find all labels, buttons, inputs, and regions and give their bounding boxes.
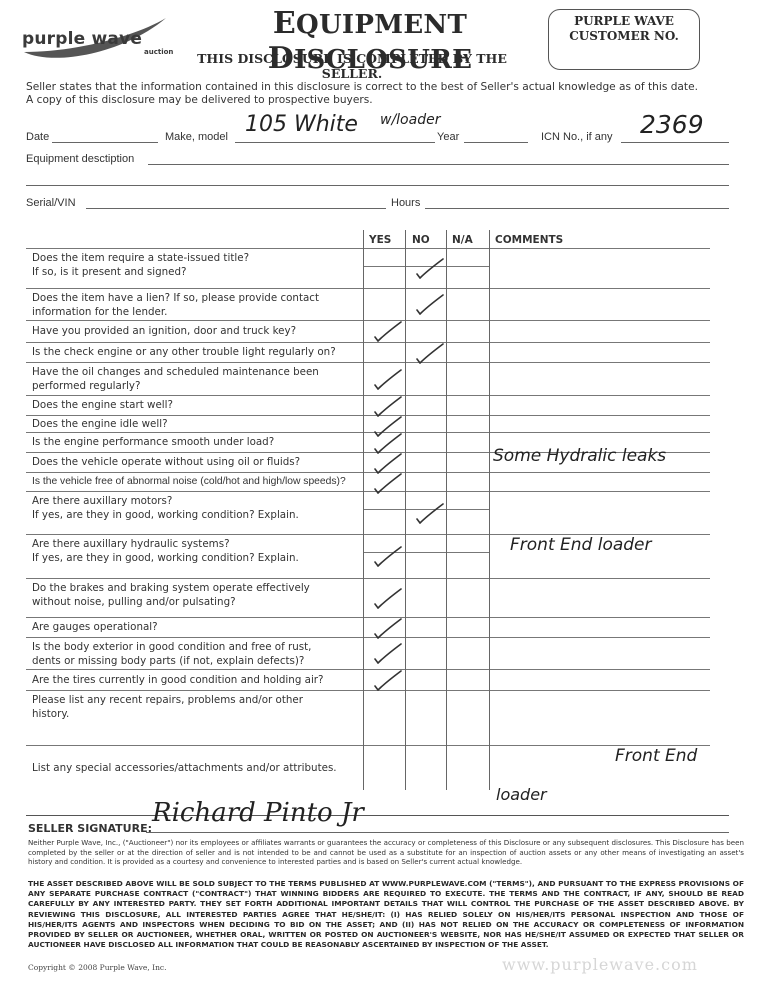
answer-cell-yes[interactable] bbox=[364, 289, 404, 319]
question-line-2: performed regularly? bbox=[32, 379, 319, 393]
answer-cell-no[interactable] bbox=[406, 535, 445, 577]
answer-cell-no[interactable] bbox=[406, 416, 445, 431]
checkmark-icon bbox=[371, 617, 403, 639]
question-line-1: Does the item have a lien? If so, please… bbox=[32, 291, 319, 305]
question-text: Is the engine performance smooth under l… bbox=[32, 435, 274, 449]
comment-accessories-line-2: loader bbox=[496, 785, 547, 804]
customer-number-box[interactable]: PURPLE WAVE CUSTOMER NO. bbox=[548, 9, 700, 70]
answer-cell-na[interactable] bbox=[447, 746, 488, 789]
comment-hydraulic-leaks: Some Hydralic leaks bbox=[493, 446, 666, 466]
question-line-1: Does the vehicle operate without using o… bbox=[32, 455, 300, 469]
logo-subtext: auction bbox=[144, 48, 173, 56]
answer-cell-no[interactable] bbox=[406, 321, 445, 341]
question-text: Are there auxillary hydraulic systems?If… bbox=[32, 537, 299, 565]
question-text: Have the oil changes and scheduled maint… bbox=[32, 365, 319, 393]
hours-field[interactable] bbox=[425, 208, 729, 209]
question-text: List any special accessories/attachments… bbox=[32, 761, 337, 775]
checkmark-no bbox=[413, 342, 445, 364]
checkmark-icon bbox=[371, 320, 403, 342]
answer-cell-no[interactable] bbox=[406, 670, 445, 689]
answer-cell-na[interactable] bbox=[447, 670, 488, 689]
answer-cell-na[interactable] bbox=[447, 579, 488, 616]
comment-field[interactable] bbox=[490, 579, 709, 616]
checkmark-yes bbox=[371, 587, 403, 609]
checkmark-yes bbox=[371, 642, 403, 664]
comment-field[interactable] bbox=[490, 691, 709, 744]
comment-accessories-line-1: Front End bbox=[615, 746, 697, 766]
checkmark-yes bbox=[371, 320, 403, 342]
checkmark-no bbox=[413, 502, 445, 524]
comment-field[interactable] bbox=[490, 289, 709, 319]
question-line-1: Are the tires currently in good conditio… bbox=[32, 673, 324, 687]
answer-cell-na[interactable] bbox=[447, 433, 488, 451]
checkmark-icon bbox=[371, 432, 403, 454]
answer-cell-no[interactable] bbox=[406, 433, 445, 451]
question-line-1: Have the oil changes and scheduled maint… bbox=[32, 365, 319, 379]
intro-statement: Seller states that the information conta… bbox=[26, 81, 746, 107]
customer-box-label-2: CUSTOMER NO. bbox=[549, 29, 699, 44]
year-field[interactable] bbox=[464, 142, 528, 143]
answer-cell-na[interactable] bbox=[447, 343, 488, 361]
answer-cell-na[interactable] bbox=[447, 618, 488, 636]
answer-cell-no[interactable] bbox=[406, 579, 445, 616]
answer-cell-no[interactable] bbox=[406, 396, 445, 414]
question-text: Are there auxillary motors?If yes, are t… bbox=[32, 494, 299, 522]
column-header-no: NO bbox=[412, 234, 430, 246]
checkmark-icon bbox=[371, 545, 403, 567]
purple-wave-logo: purple wave auction bbox=[16, 12, 196, 62]
column-header-comments: COMMENTS bbox=[495, 234, 563, 246]
answer-cell-no[interactable] bbox=[406, 618, 445, 636]
question-line-2: without noise, pulling and/or pulsating? bbox=[32, 595, 310, 609]
question-line-1: Do the brakes and braking system operate… bbox=[32, 581, 310, 595]
checkmark-yes bbox=[371, 395, 403, 417]
checkmark-icon bbox=[371, 452, 403, 474]
comment-field[interactable] bbox=[490, 343, 709, 361]
question-line-1: Are gauges operational? bbox=[32, 620, 158, 634]
equipment-description-field-line-2[interactable] bbox=[26, 185, 729, 186]
question-line-1: Is the check engine or any other trouble… bbox=[32, 345, 336, 359]
comment-field[interactable] bbox=[490, 638, 709, 668]
checkmark-icon bbox=[413, 257, 445, 279]
question-line-1: Have you provided an ignition, door and … bbox=[32, 324, 296, 338]
answer-cell-yes[interactable] bbox=[364, 691, 404, 744]
comment-field[interactable] bbox=[490, 492, 709, 533]
question-line-2: If yes, are they in good, working condit… bbox=[32, 551, 299, 565]
checkmark-icon bbox=[371, 472, 403, 494]
question-line-2: history. bbox=[32, 707, 303, 721]
checkmark-icon bbox=[413, 502, 445, 524]
answer-cell-na[interactable] bbox=[447, 691, 488, 744]
question-text: Does the engine idle well? bbox=[32, 417, 168, 431]
comment-field[interactable] bbox=[490, 321, 709, 341]
year-label: Year bbox=[437, 131, 459, 143]
answer-cell-na[interactable] bbox=[447, 535, 488, 577]
comment-field[interactable] bbox=[490, 473, 709, 490]
terms-text: THE ASSET DESCRIBED ABOVE WILL BE SOLD S… bbox=[28, 879, 744, 950]
seller-signature-label: SELLER SIGNATURE: bbox=[28, 822, 152, 835]
question-text: Do the brakes and braking system operate… bbox=[32, 581, 310, 609]
checkmark-icon bbox=[371, 587, 403, 609]
comment-field[interactable] bbox=[490, 618, 709, 636]
make-model-value: 105 White bbox=[245, 112, 358, 137]
answer-cell-yes[interactable] bbox=[364, 746, 404, 789]
answer-cell-no[interactable] bbox=[406, 746, 445, 789]
question-text: Have you provided an ignition, door and … bbox=[32, 324, 296, 338]
answer-cell-no[interactable] bbox=[406, 363, 445, 394]
serial-vin-field[interactable] bbox=[86, 208, 386, 209]
answer-cell-na[interactable] bbox=[447, 289, 488, 319]
equipment-description-field[interactable] bbox=[148, 164, 729, 165]
question-line-1: List any special accessories/attachments… bbox=[32, 761, 337, 775]
checkmark-no bbox=[413, 257, 445, 279]
checkmark-yes bbox=[371, 545, 403, 567]
answer-cell-no[interactable] bbox=[406, 453, 445, 471]
answer-cell-yes[interactable] bbox=[364, 492, 404, 533]
checkmark-icon bbox=[371, 368, 403, 390]
checkmark-yes bbox=[371, 472, 403, 494]
question-line-1: Please list any recent repairs, problems… bbox=[32, 693, 303, 707]
answer-cell-na[interactable] bbox=[447, 396, 488, 414]
question-text: Are gauges operational? bbox=[32, 620, 158, 634]
question-line-2: If so, is it present and signed? bbox=[32, 265, 249, 279]
question-line-2: If yes, are they in good, working condit… bbox=[32, 508, 299, 522]
checkmark-icon bbox=[371, 642, 403, 664]
comment-field[interactable] bbox=[490, 363, 709, 394]
seller-signature-field[interactable] bbox=[146, 832, 729, 833]
comment-field[interactable] bbox=[490, 396, 709, 414]
checkmark-icon bbox=[413, 293, 445, 315]
question-line-1: Is the vehicle free of abnormal noise (c… bbox=[32, 475, 346, 489]
logo-wordmark: purple wave bbox=[22, 29, 142, 49]
intro-line-1: Seller states that the information conta… bbox=[26, 81, 746, 94]
page-subtitle: THIS DISCLOSURE IS COMPLETED BY THE SELL… bbox=[172, 51, 532, 81]
question-text: Please list any recent repairs, problems… bbox=[32, 693, 303, 721]
comment-field[interactable] bbox=[490, 249, 709, 287]
answer-cell-na[interactable] bbox=[447, 638, 488, 668]
answer-cell-yes[interactable] bbox=[364, 343, 404, 361]
website-watermark: www.purplewave.com bbox=[502, 955, 698, 974]
question-text: Is the check engine or any other trouble… bbox=[32, 345, 336, 359]
checkmark-no bbox=[413, 293, 445, 315]
question-text: Is the vehicle free of abnormal noise (c… bbox=[32, 475, 346, 489]
serial-vin-label: Serial/VIN bbox=[26, 197, 76, 209]
date-label: Date bbox=[26, 131, 49, 143]
answer-cell-na[interactable] bbox=[447, 416, 488, 431]
question-text: Does the engine start well? bbox=[32, 398, 173, 412]
checkmark-yes bbox=[371, 617, 403, 639]
answer-cell-no[interactable] bbox=[406, 473, 445, 490]
icn-label: ICN No., if any bbox=[541, 131, 613, 143]
date-field[interactable] bbox=[52, 142, 158, 143]
question-text: Are the tires currently in good conditio… bbox=[32, 673, 324, 687]
question-text: Does the item have a lien? If so, please… bbox=[32, 291, 319, 319]
answer-cell-na[interactable] bbox=[447, 249, 488, 287]
question-text: Does the vehicle operate without using o… bbox=[32, 455, 300, 469]
icn-field[interactable] bbox=[621, 142, 729, 143]
make-model-value-2: w/loader bbox=[380, 112, 440, 128]
answer-cell-na[interactable] bbox=[447, 492, 488, 533]
question-line-2: dents or missing body parts (if not, exp… bbox=[32, 654, 311, 668]
answer-cell-yes[interactable] bbox=[364, 249, 404, 287]
question-text: Is the body exterior in good condition a… bbox=[32, 640, 311, 668]
copyright-text: Copyright © 2008 Purple Wave, Inc. bbox=[28, 963, 167, 972]
column-header-na: N/A bbox=[452, 234, 473, 246]
answer-cell-no[interactable] bbox=[406, 638, 445, 668]
make-model-field[interactable] bbox=[235, 142, 435, 143]
make-model-label: Make, model bbox=[165, 131, 228, 143]
question-line-1: Does the engine idle well? bbox=[32, 417, 168, 431]
question-line-1: Does the engine start well? bbox=[32, 398, 173, 412]
comment-field[interactable] bbox=[490, 416, 709, 431]
question-line-1: Are there auxillary motors? bbox=[32, 494, 299, 508]
question-line-1: Are there auxillary hydraulic systems? bbox=[32, 537, 299, 551]
question-line-2: information for the lender. bbox=[32, 305, 319, 319]
column-header-yes: YES bbox=[369, 234, 391, 246]
signature-divider bbox=[26, 815, 729, 816]
answer-cell-na[interactable] bbox=[447, 321, 488, 341]
checkmark-icon bbox=[413, 342, 445, 364]
answer-cell-no[interactable] bbox=[406, 691, 445, 744]
comment-front-end-loader: Front End loader bbox=[510, 535, 652, 555]
question-text: Does the item require a state-issued tit… bbox=[32, 251, 249, 279]
checkmark-yes bbox=[371, 669, 403, 691]
icn-value: 2369 bbox=[640, 110, 704, 139]
customer-box-label-1: PURPLE WAVE bbox=[549, 14, 699, 29]
question-line-1: Is the engine performance smooth under l… bbox=[32, 435, 274, 449]
checkmark-icon bbox=[371, 669, 403, 691]
question-line-1: Does the item require a state-issued tit… bbox=[32, 251, 249, 265]
equipment-description-label: Equipment desctiption bbox=[26, 153, 134, 165]
comment-field[interactable] bbox=[490, 670, 709, 689]
checkmark-icon bbox=[371, 395, 403, 417]
answer-cell-na[interactable] bbox=[447, 363, 488, 394]
intro-line-2: A copy of this disclosure may be deliver… bbox=[26, 94, 746, 107]
answer-cell-na[interactable] bbox=[447, 453, 488, 471]
disclaimer-text: Neither Purple Wave, Inc., ("Auctioneer"… bbox=[28, 838, 744, 867]
hours-label: Hours bbox=[391, 197, 420, 209]
checkmark-yes bbox=[371, 368, 403, 390]
seller-signature-value: Richard Pinto Jr bbox=[152, 798, 364, 828]
answer-cell-na[interactable] bbox=[447, 473, 488, 490]
checkmark-yes bbox=[371, 432, 403, 454]
question-line-1: Is the body exterior in good condition a… bbox=[32, 640, 311, 654]
checkmark-yes bbox=[371, 452, 403, 474]
